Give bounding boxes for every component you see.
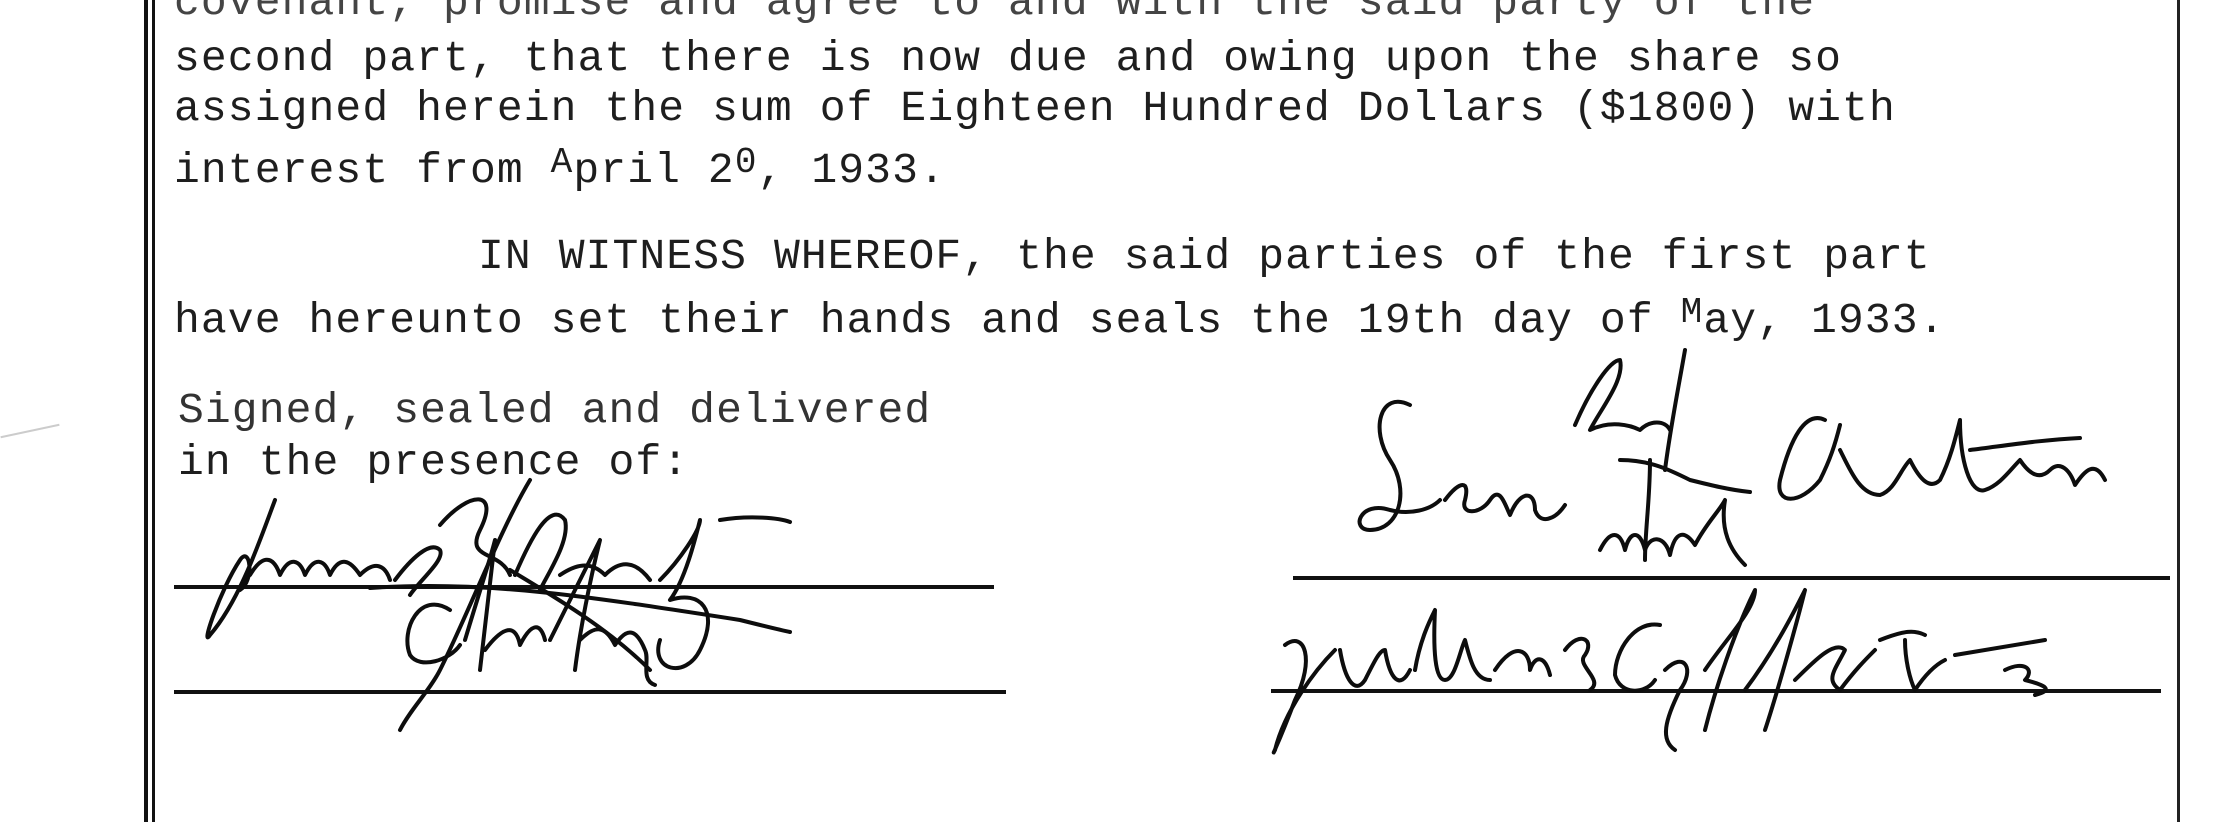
scan-artifact: [0, 424, 59, 438]
witness-clause-line-1: IN WITNESS WHEREOF, the said parties of …: [478, 232, 1931, 282]
attestation-line-1: Signed, sealed and delivered: [178, 386, 931, 436]
party-signature-lena-goldstein: [1320, 330, 2180, 580]
interest-raised-letter: A: [551, 142, 574, 183]
interest-month: pril 2: [573, 146, 734, 195]
interest-suffix: , 1933.: [758, 146, 946, 195]
body-line-4-interest-date: interest from April 20, 1933.: [174, 138, 946, 196]
witness-signature-2: [330, 470, 730, 740]
party-signature-julius-goldstein: [1265, 570, 2185, 770]
document-border-left-inner: [152, 0, 155, 822]
interest-prefix: interest from: [174, 146, 551, 195]
interest-raised-digit: 0: [735, 142, 758, 183]
witness-clause-raised-letter: M: [1681, 292, 1704, 333]
body-line-2: second part, that there is now due and o…: [174, 34, 1842, 84]
document-border-left-outer: [144, 0, 148, 822]
body-line-3: assigned herein the sum of Eighteen Hund…: [174, 84, 1896, 134]
body-line-1: covenant, promise and agree to and with …: [174, 0, 1815, 28]
